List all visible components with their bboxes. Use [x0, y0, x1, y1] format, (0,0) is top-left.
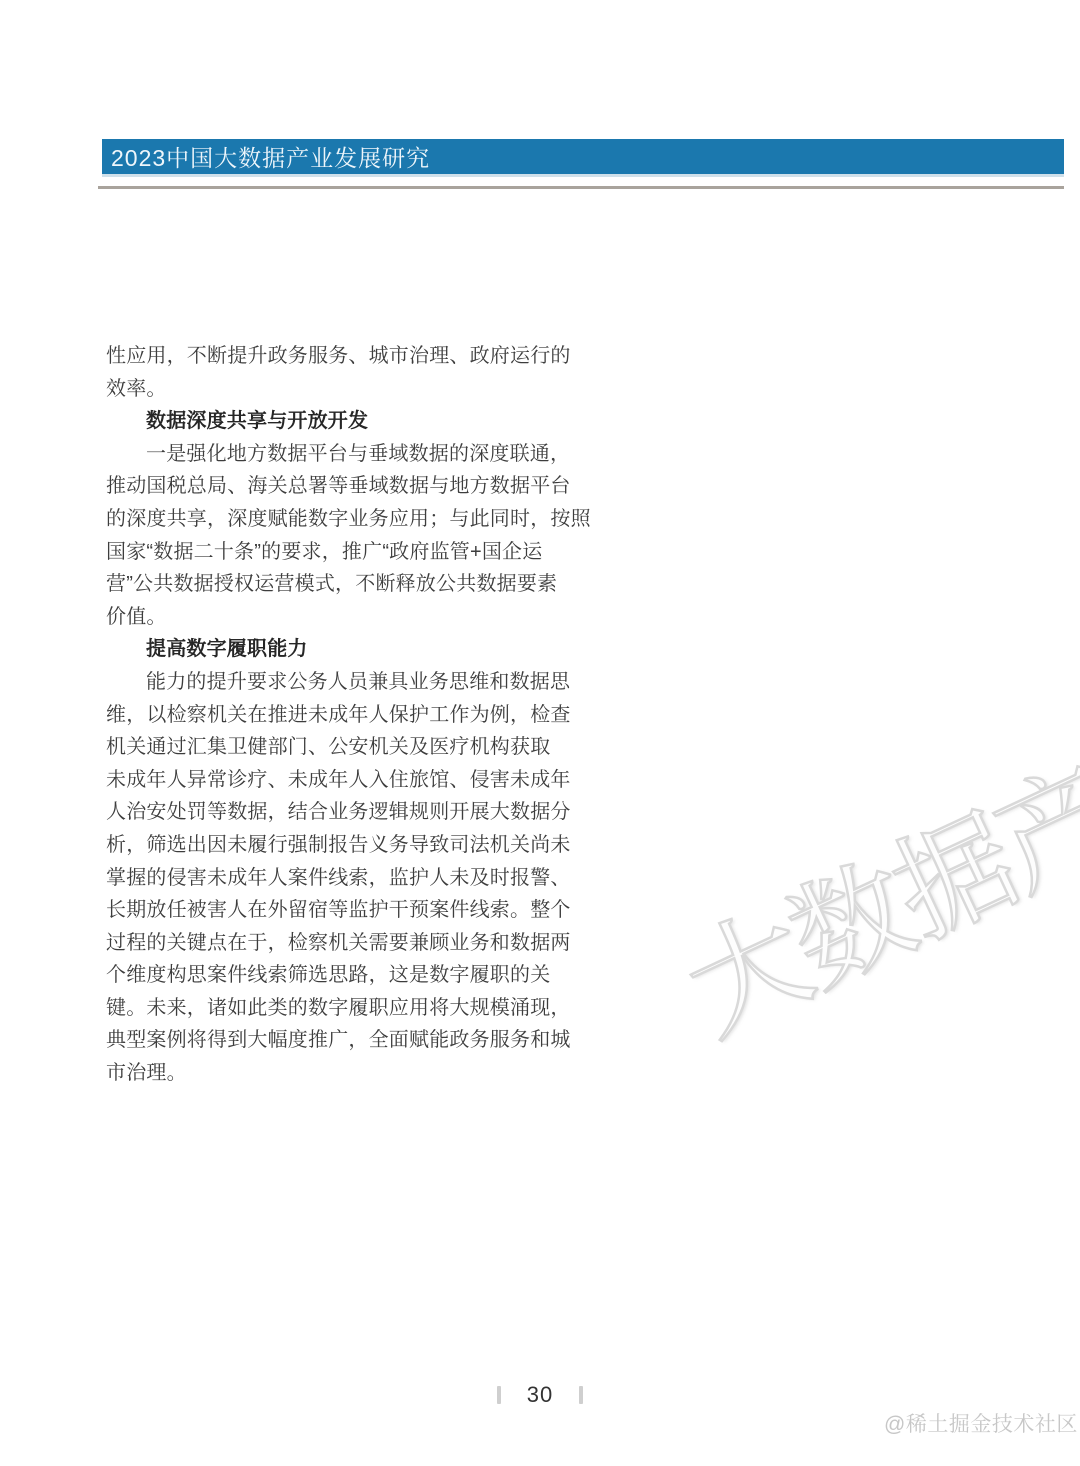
text-line: 掌握的侵害未成年人案件线索，监护人未及时报警、	[106, 862, 546, 895]
text-line: 市治理。	[106, 1057, 546, 1090]
text-line: 机关通过汇集卫健部门、公安机关及医疗机构获取	[106, 731, 546, 764]
text-line: 国家“数据二十条”的要求，推广“政府监管+国企运	[106, 536, 546, 569]
footer-right-tick	[579, 1386, 583, 1404]
section-heading: 数据深度共享与开放开发	[106, 405, 546, 438]
text-line: 营”公共数据授权运营模式，不断释放公共数据要素	[106, 568, 546, 601]
text-line: 维，以检察机关在推进未成年人保护工作为例，检查	[106, 699, 546, 732]
text-line: 键。未来，诸如此类的数字履职应用将大规模涌现，	[106, 992, 546, 1025]
text-line: 能力的提升要求公务人员兼具业务思维和数据思	[106, 666, 546, 699]
report-title: 2023中国大数据产业发展研究	[102, 140, 430, 173]
text-line: 析，筛选出因未履行强制报告义务导致司法机关尚未	[106, 829, 546, 862]
text-line: 推动国税总局、海关总署等垂域数据与地方数据平台	[106, 470, 546, 503]
text-line: 效率。	[106, 373, 546, 406]
body-text-column: 性应用，不断提升政务服务、城市治理、政府运行的效率。数据深度共享与开放开发一是强…	[106, 340, 546, 1090]
paragraph: 性应用，不断提升政务服务、城市治理、政府运行的效率。	[106, 340, 546, 405]
page-footer: 30	[0, 1382, 1080, 1408]
text-line: 一是强化地方数据平台与垂域数据的深度联通，	[106, 438, 546, 471]
header-divider	[98, 186, 1064, 189]
text-line: 未成年人异常诊疗、未成年人入住旅馆、侵害未成年	[106, 764, 546, 797]
footer-left-tick	[497, 1386, 501, 1404]
page-header-bar: 2023中国大数据产业发展研究	[102, 139, 1064, 177]
text-line: 数据深度共享与开放开发	[106, 405, 546, 438]
document-page: 2023中国大数据产业发展研究 性应用，不断提升政务服务、城市治理、政府运行的效…	[0, 0, 1080, 1466]
text-line: 过程的关键点在于，检察机关需要兼顾业务和数据两	[106, 927, 546, 960]
text-line: 的深度共享，深度赋能数字业务应用；与此同时，按照	[106, 503, 546, 536]
text-line: 典型案例将得到大幅度推广，全面赋能政务服务和城	[106, 1024, 546, 1057]
text-line: 价值。	[106, 601, 546, 634]
paragraph: 一是强化地方数据平台与垂域数据的深度联通，推动国税总局、海关总署等垂域数据与地方…	[106, 438, 546, 634]
diagonal-watermark-text: 大数据产业	[655, 671, 1080, 1066]
paragraph: 能力的提升要求公务人员兼具业务思维和数据思维，以检察机关在推进未成年人保护工作为…	[106, 666, 546, 1090]
text-line: 人治安处罚等数据，结合业务逻辑规则开展大数据分	[106, 796, 546, 829]
section-heading: 提高数字履职能力	[106, 633, 546, 666]
text-line: 个维度构思案件线索筛选思路，这是数字履职的关	[106, 959, 546, 992]
text-line: 提高数字履职能力	[106, 633, 546, 666]
page-number: 30	[527, 1382, 553, 1408]
text-line: 长期放任被害人在外留宿等监护干预案件线索。整个	[106, 894, 546, 927]
community-watermark: @稀土掘金技术社区	[884, 1408, 1078, 1438]
text-line: 性应用，不断提升政务服务、城市治理、政府运行的	[106, 340, 546, 373]
